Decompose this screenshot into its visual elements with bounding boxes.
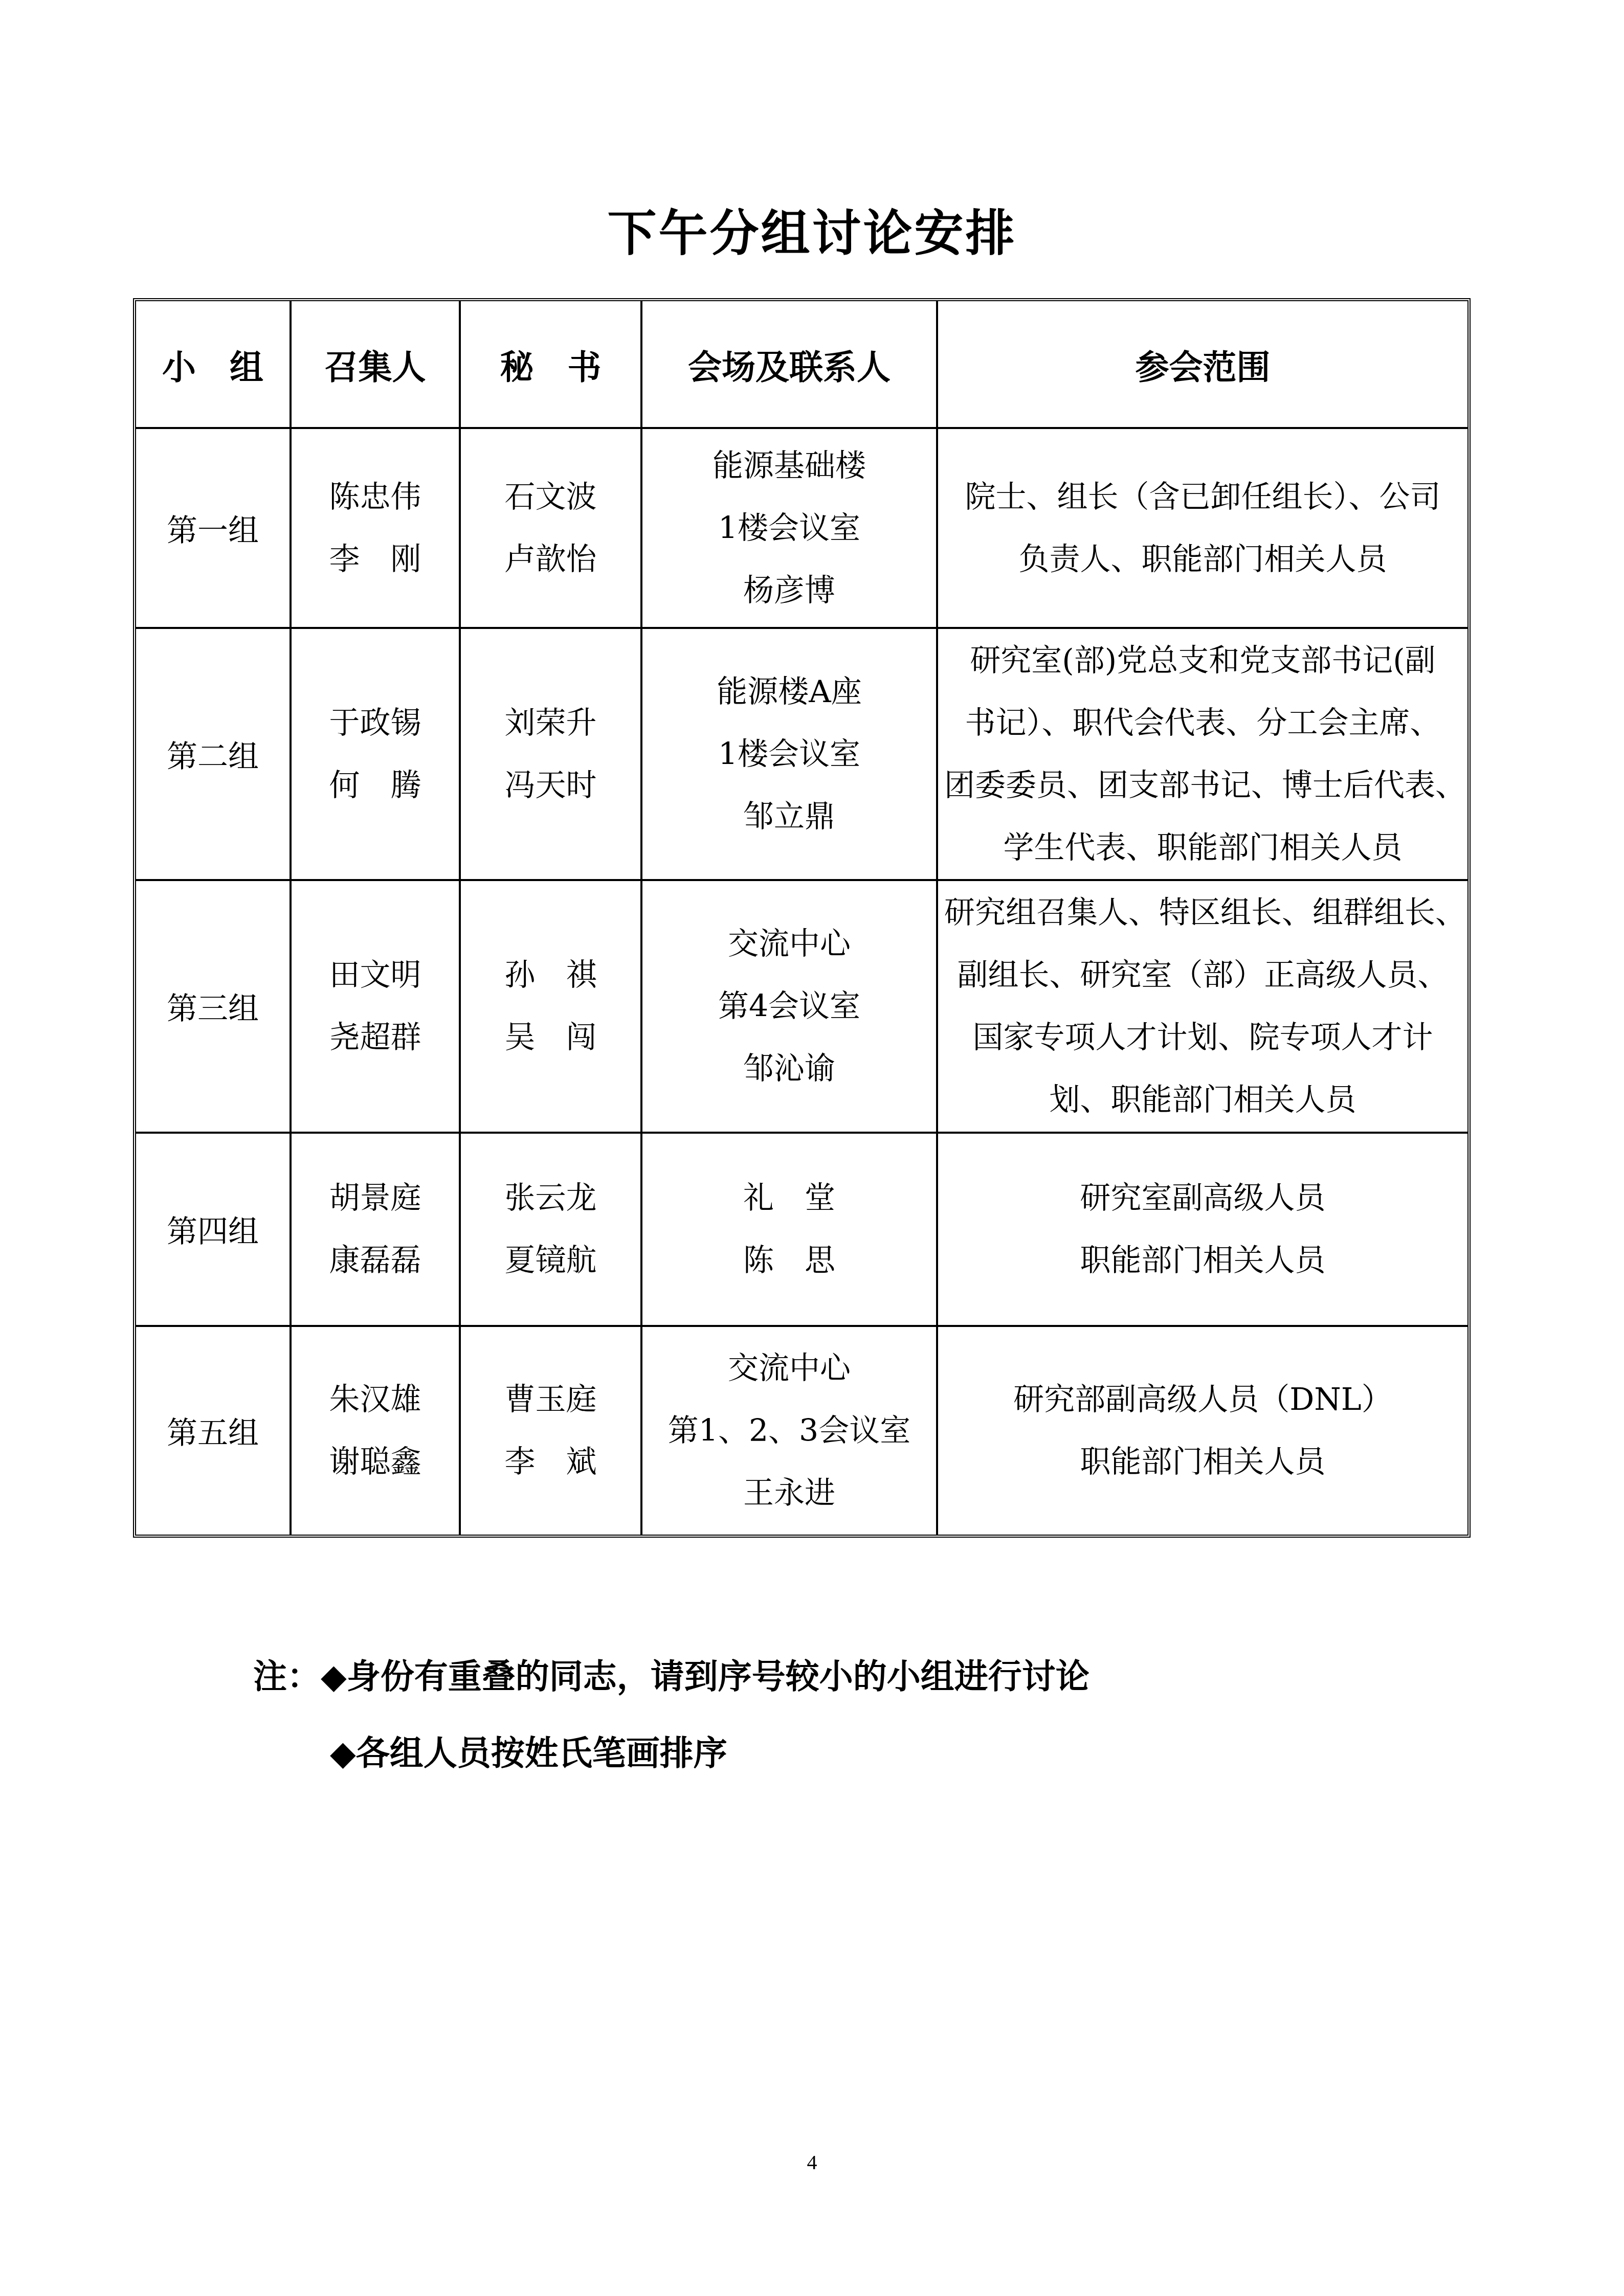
header-convener: 召集人 — [291, 301, 460, 428]
header-secretary: 秘 书 — [460, 301, 641, 428]
note-text: 身份有重叠的同志，请到序号较小的小组进行讨论 — [347, 1657, 1089, 1696]
venue-room: 第4会议室 — [649, 975, 930, 1038]
conveners-cell: 陈忠伟 李 刚 — [291, 428, 460, 628]
conveners-cell: 朱汉雄 谢聪鑫 — [291, 1326, 460, 1535]
group-name: 第一组 — [136, 428, 291, 628]
group-discussion-table-frame: 小 组 召集人 秘 书 会场及联系人 参会范围 第一组 陈忠伟 李 刚 石文波 … — [133, 298, 1471, 1538]
group-discussion-table: 小 组 召集人 秘 书 会场及联系人 参会范围 第一组 陈忠伟 李 刚 石文波 … — [136, 301, 1467, 1535]
header-group: 小 组 — [136, 301, 291, 428]
convener: 朱汉雄 — [298, 1368, 453, 1431]
scope-line: 副组长、研究室（部）正高级人员、 — [944, 944, 1461, 1006]
note-line-1: 注：◆身份有重叠的同志，请到序号较小的小组进行讨论 — [253, 1649, 1089, 1698]
table-row: 第三组 田文明 尧超群 孙 祺 吴 闯 交流中心 第4会议室 邹沁谕 研究组召集… — [136, 880, 1467, 1133]
venue-contact: 杨彦博 — [649, 559, 930, 622]
convener: 胡景庭 — [298, 1167, 453, 1229]
convener: 何 腾 — [298, 754, 453, 817]
table-row: 第一组 陈忠伟 李 刚 石文波 卢歆怡 能源基础楼 1楼会议室 杨彦博 院士、组… — [136, 428, 1467, 628]
convener: 陈忠伟 — [298, 466, 453, 528]
note-text: 各组人员按姓氏笔画排序 — [356, 1734, 727, 1773]
venue-room: 第1、2、3会议室 — [649, 1400, 930, 1462]
secretaries-cell: 孙 祺 吴 闯 — [460, 880, 641, 1133]
secretary: 刘荣升 — [467, 692, 634, 754]
scope-line: 职能部门相关人员 — [944, 1431, 1461, 1493]
scope-cell: 研究组召集人、特区组长、组群组长、 副组长、研究室（部）正高级人员、 国家专项人… — [937, 880, 1467, 1133]
header-scope: 参会范围 — [937, 301, 1467, 428]
scope-line: 划、职能部门相关人员 — [944, 1069, 1461, 1131]
conveners-cell: 田文明 尧超群 — [291, 880, 460, 1133]
venue-building: 交流中心 — [649, 1337, 930, 1400]
group-name: 第二组 — [136, 628, 291, 880]
table-row: 第四组 胡景庭 康磊磊 张云龙 夏镜航 礼 堂 陈 思 研究室副高级人员 职能部… — [136, 1133, 1467, 1326]
venue-cell: 交流中心 第4会议室 邹沁谕 — [641, 880, 937, 1133]
secretary: 冯天时 — [467, 754, 634, 817]
convener: 李 刚 — [298, 528, 453, 591]
scope-line: 团委委员、团支部书记、博士后代表、 — [944, 754, 1461, 817]
venue-cell: 礼 堂 陈 思 — [641, 1133, 937, 1326]
table-header-row: 小 组 召集人 秘 书 会场及联系人 参会范围 — [136, 301, 1467, 428]
scope-line: 研究组召集人、特区组长、组群组长、 — [944, 882, 1461, 944]
scope-line: 负责人、职能部门相关人员 — [944, 528, 1461, 591]
convener: 尧超群 — [298, 1006, 453, 1069]
table-row: 第五组 朱汉雄 谢聪鑫 曹玉庭 李 斌 交流中心 第1、2、3会议室 王永进 研… — [136, 1326, 1467, 1535]
group-name: 第五组 — [136, 1326, 291, 1535]
venue-cell: 能源楼A座 1楼会议室 邹立鼎 — [641, 628, 937, 880]
group-name: 第四组 — [136, 1133, 291, 1326]
page-title: 下午分组讨论安排 — [0, 194, 1624, 264]
secretaries-cell: 张云龙 夏镜航 — [460, 1133, 641, 1326]
venue-contact: 邹立鼎 — [649, 785, 930, 848]
secretaries-cell: 曹玉庭 李 斌 — [460, 1326, 641, 1535]
scope-line: 院士、组长（含已卸任组长）、公司 — [944, 466, 1461, 528]
diamond-bullet-icon: ◆ — [330, 1734, 356, 1773]
venue-contact: 邹沁谕 — [649, 1038, 930, 1100]
conveners-cell: 于政锡 何 腾 — [291, 628, 460, 880]
venue-contact: 王永进 — [649, 1462, 930, 1524]
secretaries-cell: 刘荣升 冯天时 — [460, 628, 641, 880]
venue-location: 礼 堂 — [649, 1167, 930, 1229]
secretary: 张云龙 — [467, 1167, 634, 1229]
venue-building: 能源楼A座 — [649, 661, 930, 723]
secretary: 石文波 — [467, 466, 634, 528]
scope-cell: 研究部副高级人员（DNL） 职能部门相关人员 — [937, 1326, 1467, 1535]
page-number: 4 — [0, 2150, 1624, 2174]
scope-line: 书记）、职代会代表、分工会主席、 — [944, 692, 1461, 754]
conveners-cell: 胡景庭 康磊磊 — [291, 1133, 460, 1326]
secretary: 曹玉庭 — [467, 1368, 634, 1431]
convener: 于政锡 — [298, 692, 453, 754]
scope-cell: 院士、组长（含已卸任组长）、公司 负责人、职能部门相关人员 — [937, 428, 1467, 628]
secretary: 李 斌 — [467, 1431, 634, 1493]
secretary: 吴 闯 — [467, 1006, 634, 1069]
group-name: 第三组 — [136, 880, 291, 1133]
venue-building: 能源基础楼 — [649, 435, 930, 497]
scope-cell: 研究室副高级人员 职能部门相关人员 — [937, 1133, 1467, 1326]
venue-room: 1楼会议室 — [649, 723, 930, 785]
venue-cell: 能源基础楼 1楼会议室 杨彦博 — [641, 428, 937, 628]
secretaries-cell: 石文波 卢歆怡 — [460, 428, 641, 628]
scope-line: 学生代表、职能部门相关人员 — [944, 817, 1461, 879]
secretary: 卢歆怡 — [467, 528, 634, 591]
convener: 康磊磊 — [298, 1229, 453, 1292]
secretary: 孙 祺 — [467, 944, 634, 1006]
diamond-bullet-icon: ◆ — [321, 1657, 347, 1696]
venue-cell: 交流中心 第1、2、3会议室 王永进 — [641, 1326, 937, 1535]
scope-line: 国家专项人才计划、院专项人才计 — [944, 1006, 1461, 1069]
header-venue-contact: 会场及联系人 — [641, 301, 937, 428]
venue-contact: 陈 思 — [649, 1229, 930, 1292]
scope-line: 研究部副高级人员（DNL） — [944, 1368, 1461, 1431]
venue-room: 1楼会议室 — [649, 497, 930, 559]
table-row: 第二组 于政锡 何 腾 刘荣升 冯天时 能源楼A座 1楼会议室 邹立鼎 研究室(… — [136, 628, 1467, 880]
note-prefix: 注： — [253, 1657, 321, 1696]
scope-line: 研究室(部)党总支和党支部书记(副 — [944, 629, 1461, 692]
scope-cell: 研究室(部)党总支和党支部书记(副 书记）、职代会代表、分工会主席、 团委委员、… — [937, 628, 1467, 880]
scope-line: 研究室副高级人员 — [944, 1167, 1461, 1229]
note-line-2: ◆各组人员按姓氏笔画排序 — [330, 1726, 727, 1774]
scope-line: 职能部门相关人员 — [944, 1229, 1461, 1292]
convener: 田文明 — [298, 944, 453, 1006]
convener: 谢聪鑫 — [298, 1431, 453, 1493]
secretary: 夏镜航 — [467, 1229, 634, 1292]
venue-building: 交流中心 — [649, 913, 930, 975]
